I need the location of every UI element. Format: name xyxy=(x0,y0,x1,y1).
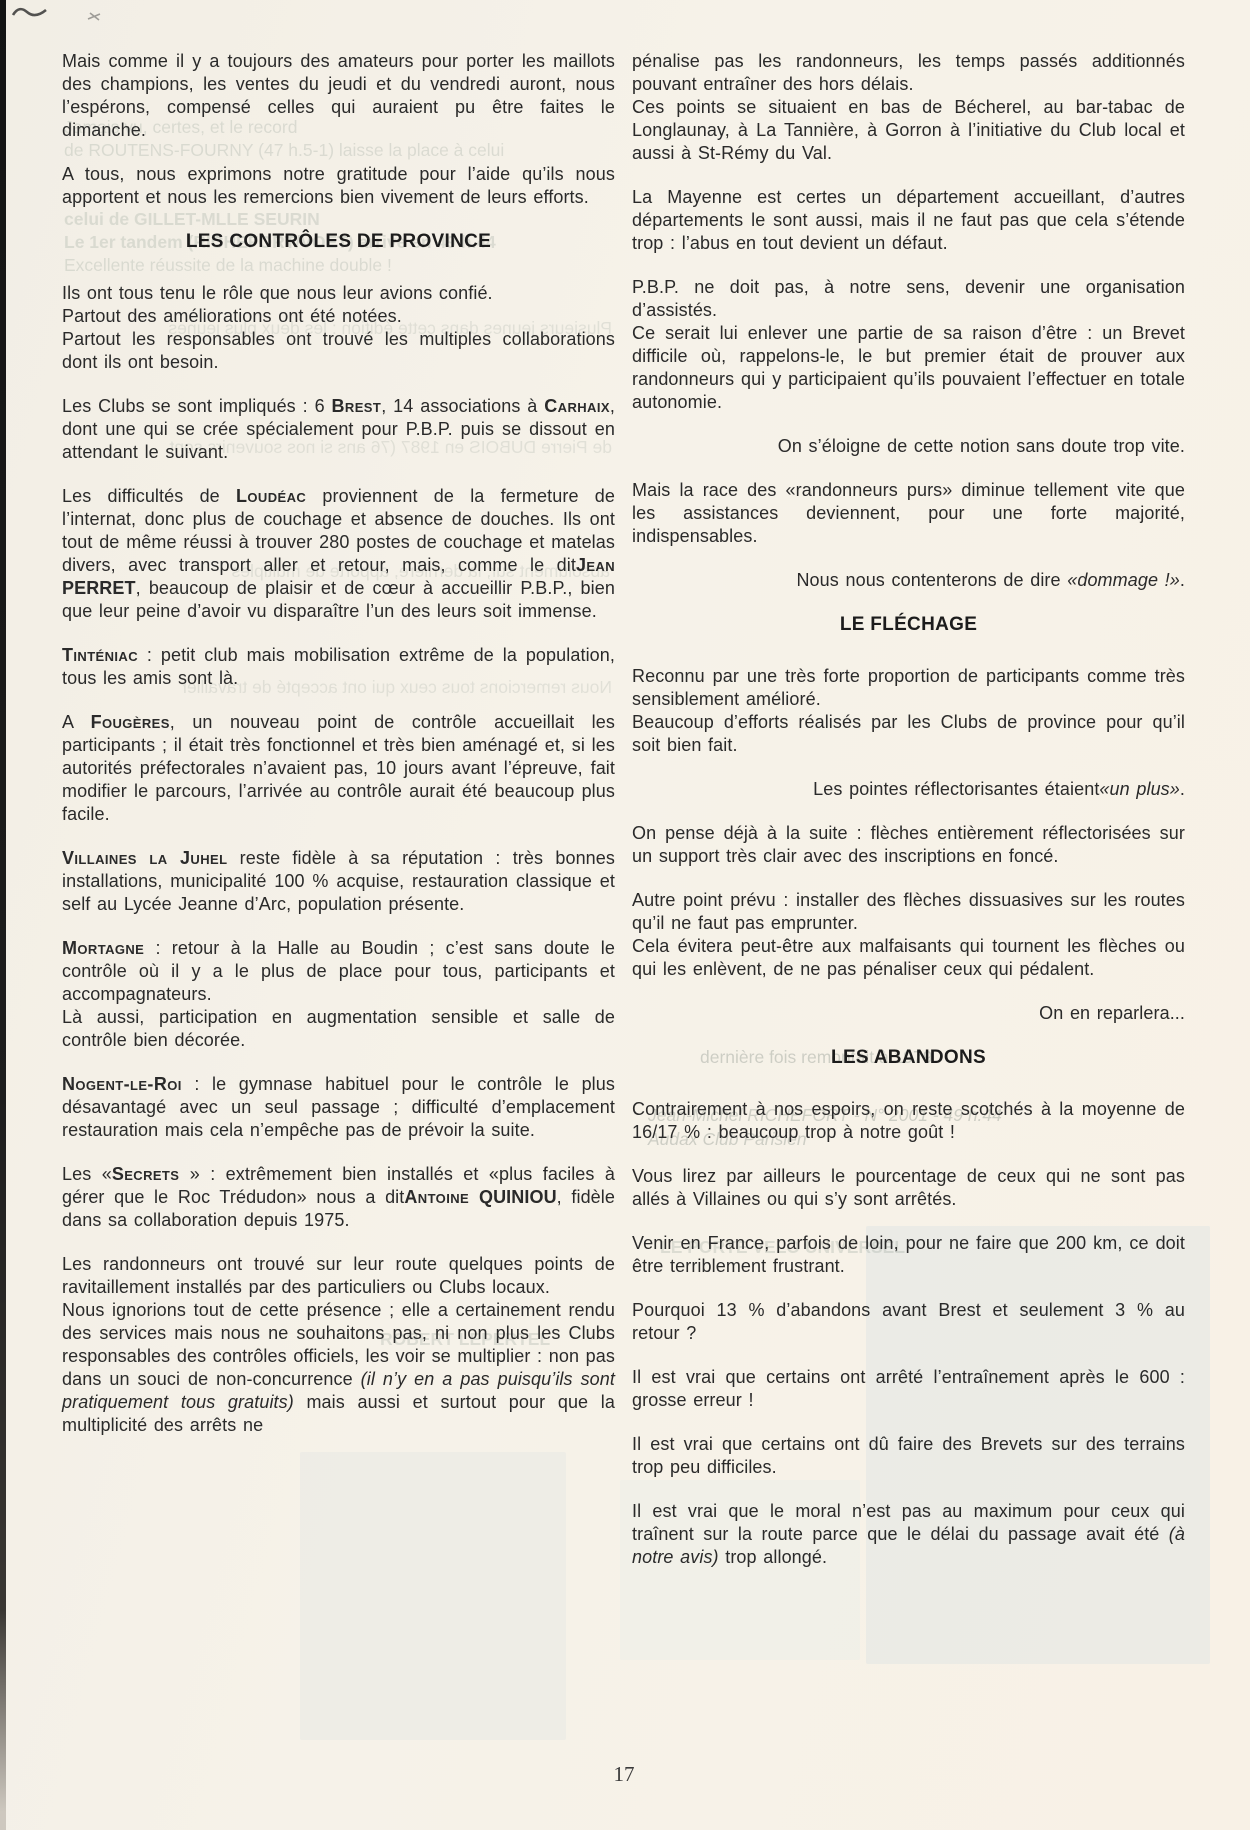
text-run: P.B.P. ne doit pas, à notre sens, deveni… xyxy=(632,277,1185,320)
text-run: Autre point prévu : installer des flèche… xyxy=(632,890,1185,933)
pen-mark xyxy=(10,2,52,22)
text-run: , beaucoup de plaisir et de cœur à accue… xyxy=(62,578,615,621)
place-name: Carhaix xyxy=(544,396,610,416)
article-paragraph: La Mayenne est certes un département acc… xyxy=(632,186,1185,255)
right-column: pénalise pas les randonneurs, les temps … xyxy=(632,50,1185,1590)
article-paragraph: Ils ont tous tenu le rôle que nous leur … xyxy=(62,282,615,374)
article-paragraph: Mais la race des «randonneurs purs» dimi… xyxy=(632,479,1185,548)
text-run: Les randonneurs ont trouvé sur leur rout… xyxy=(62,1254,615,1297)
text-run: Vous lirez par ailleurs le pourcentage d… xyxy=(632,1166,1185,1209)
text-run: PERRET xyxy=(62,578,136,598)
article-paragraph: pénalise pas les randonneurs, les temps … xyxy=(632,50,1185,165)
text-run: On en reparlera... xyxy=(1039,1003,1185,1023)
text-run: Pourquoi 13 % d’abandons avant Brest et … xyxy=(632,1300,1185,1343)
text-run: Mais la race des «randonneurs purs» dimi… xyxy=(632,480,1185,546)
place-name: Antoine xyxy=(404,1187,479,1207)
text-run: Mais comme il y a toujours des amateurs … xyxy=(62,51,615,140)
article-paragraph: Tinténiac : petit club mais mobilisation… xyxy=(62,644,615,690)
text-run: Les « xyxy=(62,1164,112,1184)
text-run: : retour à la Halle au Boudin ; c’est sa… xyxy=(62,938,615,1004)
text-run: Les pointes réflectorisantes étaient xyxy=(813,779,1099,799)
text-run: A xyxy=(62,712,91,732)
place-name: Loudéac xyxy=(236,486,306,506)
section-heading: LES CONTRÔLES DE PROVINCE xyxy=(62,230,615,253)
text-run: La Mayenne est certes un département acc… xyxy=(632,187,1185,253)
article-paragraph: Il est vrai que certains ont dû faire de… xyxy=(632,1433,1185,1479)
article-paragraph: Nogent-le-Roi : le gymnase habituel pour… xyxy=(62,1073,615,1142)
text-run: . xyxy=(1180,570,1185,590)
article-paragraph: On en reparlera... xyxy=(632,1002,1185,1025)
text-run: : petit club mais mobilisation extrême d… xyxy=(62,645,615,688)
article-paragraph: Les randonneurs ont trouvé sur leur rout… xyxy=(62,1253,615,1437)
scanned-page: Jamais vu, certes, et le recordde ROUTEN… xyxy=(0,0,1250,1830)
article-paragraph: Autre point prévu : installer des flèche… xyxy=(632,889,1185,981)
article-paragraph: P.B.P. ne doit pas, à notre sens, deveni… xyxy=(632,276,1185,414)
place-name: Fougères xyxy=(91,712,170,732)
text-run: Ils ont tous tenu le rôle que nous leur … xyxy=(62,283,493,303)
article-paragraph: On s’éloigne de cette notion sans doute … xyxy=(632,435,1185,458)
text-run: Contrairement à nos espoirs, on reste sc… xyxy=(632,1099,1185,1142)
article-paragraph: Venir en France, parfois de loin, pour n… xyxy=(632,1232,1185,1278)
page-number: 17 xyxy=(62,1762,1186,1787)
place-name: Brest xyxy=(332,396,382,416)
text-run: . xyxy=(1180,779,1185,799)
article-paragraph: Vous lirez par ailleurs le pourcentage d… xyxy=(632,1165,1185,1211)
section-heading: LES ABANDONS xyxy=(632,1046,1185,1069)
article-paragraph: A tous, nous exprimons notre gratitude p… xyxy=(62,163,615,209)
left-column: Mais comme il y a toujours des amateurs … xyxy=(62,50,615,1590)
text-run: , 14 associations à xyxy=(381,396,544,416)
article-paragraph: Les pointes réflectorisantes étaient«un … xyxy=(632,778,1185,801)
article-paragraph: Mais comme il y a toujours des amateurs … xyxy=(62,50,615,142)
article-paragraph: A Fougères, un nouveau point de contrôle… xyxy=(62,711,615,826)
article-paragraph: Mortagne : retour à la Halle au Boudin ;… xyxy=(62,937,615,1052)
place-name: Tinténiac xyxy=(62,645,138,665)
text-run: On s’éloigne de cette notion sans doute … xyxy=(778,436,1185,456)
article-paragraph: Il est vrai que le moral n’est pas au ma… xyxy=(632,1500,1185,1569)
text-run: On pense déjà à la suite : flèches entiè… xyxy=(632,823,1185,866)
text-run: Nous nous contenterons de dire xyxy=(796,570,1067,590)
text-run: «dommage !» xyxy=(1067,570,1180,590)
text-run: Beaucoup d’efforts réalisés par les Club… xyxy=(632,712,1185,755)
place-name: Mortagne xyxy=(62,938,144,958)
text-run: Il est vrai que le moral n’est pas au ma… xyxy=(632,1501,1185,1544)
text-run: Partout des améliorations ont été notées… xyxy=(62,306,402,326)
text-run: trop allongé. xyxy=(719,1547,827,1567)
text-run: pénalise pas les randonneurs, les temps … xyxy=(632,51,1185,94)
article-paragraph: Les difficultés de Loudéac proviennent d… xyxy=(62,485,615,623)
article-paragraph: Les Clubs se sont impliqués : 6 Brest, 1… xyxy=(62,395,615,464)
article-paragraph: On pense déjà à la suite : flèches entiè… xyxy=(632,822,1185,868)
text-run: Reconnu par une très forte proportion de… xyxy=(632,666,1185,709)
place-name: Nogent-le-Roi xyxy=(62,1074,182,1094)
text-run: Cela évitera peut-être aux malfaisants q… xyxy=(632,936,1185,979)
text-run: Les Clubs se sont impliqués : 6 xyxy=(62,396,332,416)
place-name: Secrets xyxy=(112,1164,180,1184)
text-run: Là aussi, participation en augmentation … xyxy=(62,1007,615,1050)
text-run: Il est vrai que certains ont dû faire de… xyxy=(632,1434,1185,1477)
article-body: Mais comme il y a toujours des amateurs … xyxy=(62,50,1186,1590)
text-run: QUINIOU xyxy=(479,1187,557,1207)
text-run: Ce serait lui enlever une partie de sa r… xyxy=(632,323,1185,412)
article-paragraph: Il est vrai que certains ont arrêté l’en… xyxy=(632,1366,1185,1412)
article-paragraph: Les «Secrets » : extrêmement bien instal… xyxy=(62,1163,615,1232)
text-run: «un plus» xyxy=(1099,779,1179,799)
pen-mark xyxy=(86,10,104,24)
text-run: Il est vrai que certains ont arrêté l’en… xyxy=(632,1367,1185,1410)
text-run: Les difficultés de xyxy=(62,486,236,506)
article-paragraph: Nous nous contenterons de dire «dommage … xyxy=(632,569,1185,592)
article-paragraph: Contrairement à nos espoirs, on reste sc… xyxy=(632,1098,1185,1144)
article-paragraph: Villaines la Juhel reste fidèle à sa rép… xyxy=(62,847,615,916)
text-run: Venir en France, parfois de loin, pour n… xyxy=(632,1233,1185,1276)
place-name: Jean xyxy=(576,555,615,575)
article-paragraph: Pourquoi 13 % d’abandons avant Brest et … xyxy=(632,1299,1185,1345)
place-name: Villaines la Juhel xyxy=(62,848,227,868)
text-run: A tous, nous exprimons notre gratitude p… xyxy=(62,164,615,207)
article-paragraph: Reconnu par une très forte proportion de… xyxy=(632,665,1185,757)
section-heading: LE FLÉCHAGE xyxy=(632,613,1185,636)
text-run: Ces points se situaient en bas de Bécher… xyxy=(632,97,1185,163)
text-run: Partout les responsables ont trouvé les … xyxy=(62,329,615,372)
